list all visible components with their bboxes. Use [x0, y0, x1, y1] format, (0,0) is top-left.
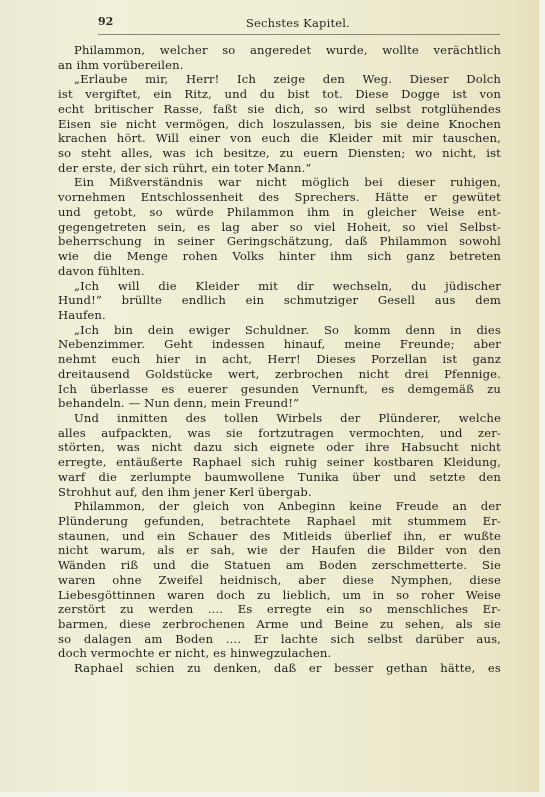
text-line: doch vermochte er nicht, es hinwegzulach… — [58, 646, 501, 661]
text-line: an ihm vorübereilen. — [58, 58, 501, 73]
text-line: und getobt, so würde Philammon ihm in gl… — [58, 205, 501, 220]
text-line: nehmt euch hier in acht, Herr! Dieses Po… — [58, 352, 501, 367]
page-edge-right — [539, 0, 545, 797]
text-line: alles aufpackten, was sie fortzutragen v… — [58, 426, 501, 441]
text-line: „Erlaube mir, Herr! Ich zeige den Weg. D… — [58, 72, 501, 87]
text-line: Philammon, der gleich von Anbeginn keine… — [58, 499, 501, 514]
text-line: wie die Menge rohen Volks hinter ihm sic… — [58, 249, 501, 264]
page-header: 92 Sechstes Kapitel. — [98, 12, 498, 32]
text-line: Haufen. — [58, 308, 501, 323]
text-line: Und inmitten des tollen Wirbels der Plün… — [58, 411, 501, 426]
text-line: gegengetreten sein, es lag aber so viel … — [58, 220, 501, 235]
text-line: „Ich bin dein ewiger Schuldner. So komm … — [58, 323, 501, 338]
text-line: Wänden riß und die Statuen am Boden zers… — [58, 558, 501, 573]
text-line: barmen, diese zerbrochenen Arme und Bein… — [58, 617, 501, 632]
text-line: störten, was nicht dazu sich eignete ode… — [58, 440, 501, 455]
text-line: Plünderung gefunden, betrachtete Raphael… — [58, 514, 501, 529]
text-line: „Ich will die Kleider mit dir wechseln, … — [58, 279, 501, 294]
text-line: Philammon, welcher so angeredet wurde, w… — [58, 43, 501, 58]
text-line: der erste, der sich rührt, ein toter Man… — [58, 161, 501, 176]
header-rule — [98, 34, 500, 35]
text-line: beherrschung in seiner Geringschätzung, … — [58, 234, 501, 249]
text-line: staunen, und ein Schauer des Mitleids üb… — [58, 529, 501, 544]
text-line: davon fühlten. — [58, 264, 501, 279]
text-line: nicht warum, als er sah, wie der Haufen … — [58, 543, 501, 558]
text-line: vornehmen Entschlossenheit des Sprechers… — [58, 190, 501, 205]
text-line: warf die zerlumpte baumwollene Tunika üb… — [58, 470, 501, 485]
text-line: zerstört zu werden .... Es erregte ein s… — [58, 602, 501, 617]
text-line: Eisen sie nicht vermögen, dich loszulass… — [58, 117, 501, 132]
text-line: Raphael schien zu denken, daß er besser … — [58, 661, 501, 676]
text-line: echt britischer Rasse, faßt sie dich, so… — [58, 102, 501, 117]
page-edge-bottom — [0, 792, 545, 797]
text-line: behandeln. — Nun denn, mein Freund!“ — [58, 396, 501, 411]
text-line: Hund!“ brüllte endlich ein schmutziger G… — [58, 293, 501, 308]
text-line: Ein Mißverständnis war nicht möglich bei… — [58, 175, 501, 190]
text-line: krachen hört. Will einer von euch die Kl… — [58, 131, 501, 146]
text-line: erregte, entäußerte Raphael sich ruhig s… — [58, 455, 501, 470]
text-line: Liebesgöttinnen waren doch zu lieblich, … — [58, 588, 501, 603]
text-line: Nebenzimmer. Geht indessen hinauf, meine… — [58, 337, 501, 352]
body-text: Philammon, welcher so angeredet wurde, w… — [58, 43, 501, 676]
text-line: Ich überlasse es euerer gesunden Vernunf… — [58, 382, 501, 397]
text-line: waren ohne Zweifel heidnisch, aber diese… — [58, 573, 501, 588]
text-line: so steht alles, was ich besitze, zu euer… — [58, 146, 501, 161]
text-line: dreitausend Goldstücke wert, zerbrochen … — [58, 367, 501, 382]
text-line: ist vergiftet, ein Ritz, und du bist tot… — [58, 87, 501, 102]
text-line: so dalagen am Boden .... Er lachte sich … — [58, 632, 501, 647]
running-title: Sechstes Kapitel. — [98, 16, 498, 30]
book-page: 92 Sechstes Kapitel. Philammon, welcher … — [0, 0, 545, 797]
text-line: Strohhut auf, den ihm jener Kerl übergab… — [58, 485, 501, 500]
